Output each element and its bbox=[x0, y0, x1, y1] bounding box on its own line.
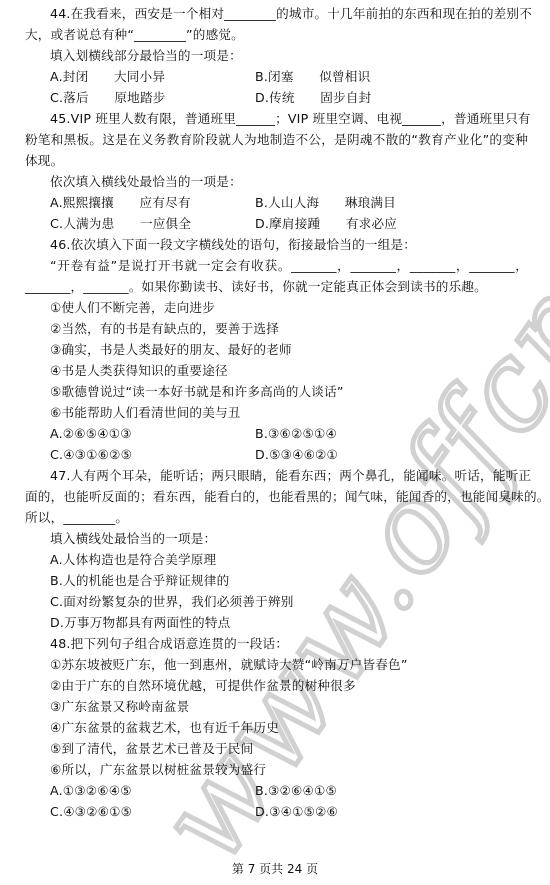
q47-option-b: B.人的机能也是合乎辩证规律的 bbox=[50, 573, 528, 589]
q46-item-3: ③确实，书是人类最好的朋友、最好的老师 bbox=[50, 342, 528, 358]
q46-item-6: ⑥书能帮助人们看清世间的美与丑 bbox=[50, 405, 528, 421]
q45-stem-line3: 体现。 bbox=[25, 153, 528, 169]
q44-stem-line2: 大，或者说总有种“________”的感觉。 bbox=[25, 27, 528, 43]
q47-option-a: A.人体构造也是符合美学原理 bbox=[50, 552, 528, 568]
q47-option-d: D.万事万物都具有两面性的特点 bbox=[50, 615, 528, 631]
q46-item-1: ①使人们不断完善，走向进步 bbox=[50, 300, 528, 316]
q46-option-d: D.⑤③④⑥②① bbox=[255, 447, 338, 463]
document-page: www.offcn.com 44.在我看来，西安是一个相对________的城市… bbox=[0, 0, 550, 885]
q48-item-5: ⑤到了清代，盆景艺术已普及于民间 bbox=[50, 741, 528, 757]
q45-option-a: A.熙熙攘攘 应有尽有 bbox=[50, 195, 191, 210]
q45-stem-line2: 粉笔和黑板。这是在义务教育阶段就人为地制造不公，是阴魂不散的“教育产业化”的变种 bbox=[25, 132, 528, 148]
page-number: 第 7 页共 24 页 bbox=[0, 862, 550, 876]
q48-option-row-1: A.①③②⑥④⑤ B.③②⑥④①⑤ bbox=[50, 783, 528, 799]
q44-option-row-1: A.封闭 大同小异 B.闭塞 似曾相识 bbox=[50, 69, 528, 85]
q48-option-row-2: C.④③②⑥①⑤ D.③④①⑤②⑥ bbox=[50, 804, 528, 820]
q48-option-a: A.①③②⑥④⑤ bbox=[50, 783, 132, 798]
q45-option-c: C.人满为患 一应俱全 bbox=[50, 216, 191, 231]
q45-option-row-1: A.熙熙攘攘 应有尽有 B.人山人海 琳琅满目 bbox=[50, 195, 528, 211]
q47-prompt: 填入横线处最恰当的一项是： bbox=[50, 531, 528, 547]
q46-item-5: ⑤歌德曾说过“读一本好书就是和许多高尚的人谈话” bbox=[50, 384, 528, 400]
q47-option-c: C.面对纷繁复杂的世界，我们必须善于辨别 bbox=[50, 594, 528, 610]
q44-stem-line1: 44.在我看来，西安是一个相对________的城市。十几年前拍的东西和现在拍的… bbox=[50, 6, 528, 22]
q45-stem-line1: 45.VIP 班里人数有限，普通班里______；VIP 班里空调、电视____… bbox=[50, 111, 528, 127]
q48-option-c: C.④③②⑥①⑤ bbox=[50, 804, 132, 819]
q48-item-1: ①苏东坡被贬广东，他一到惠州，就赋诗大赞“岭南万户皆春色” bbox=[50, 657, 528, 673]
q48-item-3: ③广东盆景又称岭南盆景 bbox=[50, 699, 528, 715]
q47-stem-line1: 47.人有两个耳朵，能听话；两只眼睛，能看东西；两个鼻孔，能闻味。听话，能听正 bbox=[50, 468, 528, 484]
q46-option-c: C.④③①⑥②⑤ bbox=[50, 447, 132, 462]
q46-option-row-1: A.②⑥⑤④①③ B.③⑥②⑤①④ bbox=[50, 426, 528, 442]
q44-prompt: 填入划横线部分最恰当的一项是： bbox=[50, 48, 528, 64]
q47-stem-line2: 面的，也能听反面的；看东西，能看白的，也能看黑的；闻气味，能闻香的，也能闻臭味的… bbox=[25, 489, 528, 505]
q48-option-b: B.③②⑥④①⑤ bbox=[255, 783, 337, 799]
q45-option-row-2: C.人满为患 一应俱全 D.摩肩接踵 有求必应 bbox=[50, 216, 528, 232]
q45-option-d: D.摩肩接踵 有求必应 bbox=[255, 216, 397, 232]
q46-stem-line3: _______，_______。如果你勤读书、读好书，你就一定能真正体会到读书的… bbox=[25, 279, 528, 295]
q48-option-d: D.③④①⑤②⑥ bbox=[255, 804, 338, 820]
q46-option-b: B.③⑥②⑤①④ bbox=[255, 426, 337, 442]
q46-stem-line2: “开卷有益”是说打开书就一定会有收获。_______，_______，_____… bbox=[50, 258, 528, 274]
q47-stem-line3: 所以，________。 bbox=[25, 510, 528, 526]
q48-item-2: ②由于广东的自然环境优越，可提供作盆景的树种很多 bbox=[50, 678, 528, 694]
q44-option-row-2: C.落后 原地踏步 D.传统 固步自封 bbox=[50, 90, 528, 106]
q46-item-2: ②当然，有的书是有缺点的，要善于选择 bbox=[50, 321, 528, 337]
q44-option-b: B.闭塞 似曾相识 bbox=[255, 69, 370, 85]
q46-item-4: ④书是人类获得知识的重要途径 bbox=[50, 363, 528, 379]
q48-stem: 48.把下列句子组合成语意连贯的一段话： bbox=[50, 636, 528, 652]
q46-option-row-2: C.④③①⑥②⑤ D.⑤③④⑥②① bbox=[50, 447, 528, 463]
q44-option-a: A.封闭 大同小异 bbox=[50, 69, 165, 84]
q45-option-b: B.人山人海 琳琅满目 bbox=[255, 195, 396, 211]
q44-option-d: D.传统 固步自封 bbox=[255, 90, 371, 106]
q44-option-c: C.落后 原地踏步 bbox=[50, 90, 166, 105]
q48-item-6: ⑥所以，广东盆景以树桩盆景较为盛行 bbox=[50, 762, 528, 778]
q45-prompt: 依次填入横线处最恰当的一项是： bbox=[50, 174, 528, 190]
q48-item-4: ④广东盆景的盆栽艺术，也有近千年历史 bbox=[50, 720, 528, 736]
q46-stem-line1: 46.依次填入下面一段文字横线处的语句，衔接最恰当的一组是： bbox=[50, 237, 528, 253]
q46-option-a: A.②⑥⑤④①③ bbox=[50, 426, 132, 441]
